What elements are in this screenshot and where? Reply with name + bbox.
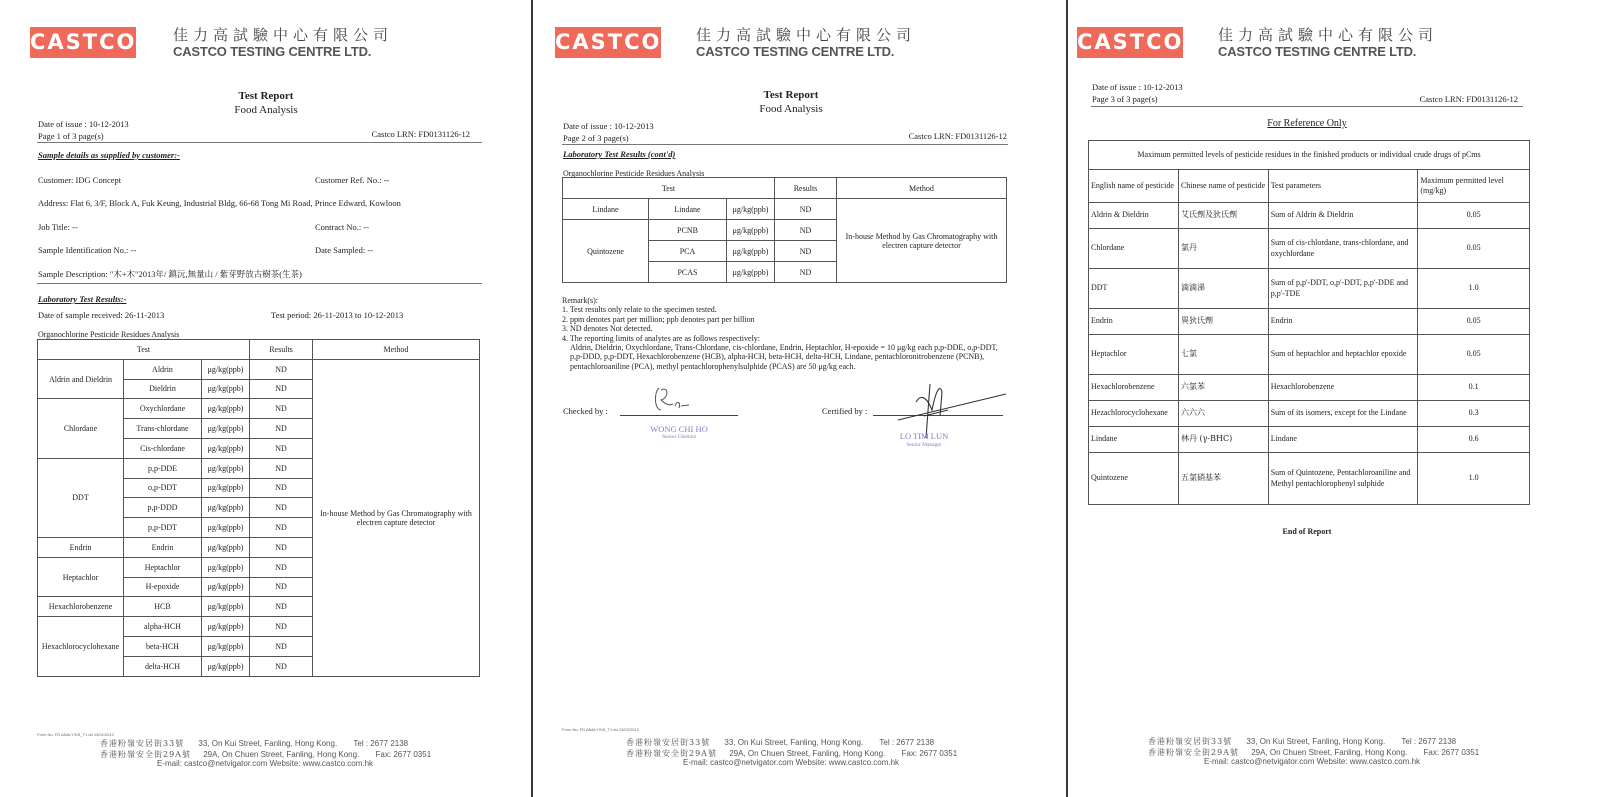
result-cell: ND (775, 241, 837, 262)
group-cell: Hexachlorobenzene (38, 597, 124, 617)
company-name-cn: 佳力高試驗中心有限公司 (1218, 24, 1438, 45)
result-cell: ND (775, 262, 837, 283)
address1-cn: 香港粉嶺安居街33號 (1148, 737, 1232, 746)
address1-en: 33, On Kui Street, Fanling, Hong Kong. (198, 739, 337, 748)
table-row: Quintozene五氯硝基苯Sum of Quintozene, Pentac… (1089, 453, 1530, 505)
analyte-cell: PCNB (649, 220, 727, 241)
table-row: Heptachlor七氯Sum of heptachlor and heptac… (1089, 335, 1530, 375)
address2-cn: 香港粉嶺安全街29A號 (1148, 748, 1239, 757)
lab-results-heading: Laboratory Test Results:- (38, 294, 126, 304)
address2-cn: 香港粉嶺安全街29A號 (100, 750, 191, 759)
reference-header: Test parameters (1268, 170, 1418, 203)
test-period-field: Test period: 26-11-2013 to 10-12-2013 (271, 310, 403, 320)
contact-line: E-mail: castco@netvigator.com Website: w… (683, 758, 899, 767)
group-cell: Chlordane (38, 399, 124, 458)
analyte-cell: HCB (124, 597, 202, 617)
checked-signature-icon (651, 384, 691, 414)
results-table-continued: Test Results Method LindaneLindaneμg/kg(… (562, 177, 1007, 283)
pesticide-cn: 六氯苯 (1178, 375, 1268, 401)
test-parameter: Sum of heptachlor and heptachlor epoxide (1268, 335, 1418, 375)
pesticide-cn: 氯丹 (1178, 229, 1268, 269)
result-cell: ND (250, 537, 313, 557)
unit-cell: μg/kg(ppb) (202, 636, 250, 656)
pesticide-cn: 五氯硝基苯 (1178, 453, 1268, 505)
result-cell: ND (250, 379, 313, 399)
pesticide-cn: 艾氏劑及狄氏劑 (1178, 203, 1268, 229)
unit-cell: μg/kg(ppb) (202, 399, 250, 419)
result-cell: ND (250, 617, 313, 637)
result-cell: ND (775, 199, 837, 220)
unit-cell: μg/kg(ppb) (202, 557, 250, 577)
end-of-report: End of Report (1041, 527, 1573, 536)
table-row: Lindane林丹 (γ-BHC)Lindane0.6 (1089, 427, 1530, 453)
unit-cell: μg/kg(ppb) (202, 537, 250, 557)
unit-cell: μg/kg(ppb) (202, 617, 250, 637)
pesticide-en: Chlordane (1089, 229, 1179, 269)
castco-lrn: Castco LRN: FD0131126-12 (372, 129, 470, 139)
result-cell: ND (775, 220, 837, 241)
company-name-cn: 佳力高試驗中心有限公司 (173, 24, 393, 45)
test-parameter: Endrin (1268, 309, 1418, 335)
max-level: 1.0 (1418, 269, 1530, 309)
date-of-issue-label: Date of issue : (563, 121, 612, 131)
analyte-cell: p,p-DDT (124, 518, 202, 538)
page-number: Page 1 of 3 page(s) (38, 130, 129, 142)
analyte-cell: Aldrin (124, 359, 202, 379)
test-parameter: Sum of cis-chlordane, trans-chlordane, a… (1268, 229, 1418, 269)
unit-cell: μg/kg(ppb) (202, 498, 250, 518)
test-parameter: Sum of its isomers, except for the Linda… (1268, 401, 1418, 427)
date-of-issue: 10-12-2013 (614, 121, 654, 131)
telephone: Tel : 2677 2138 (879, 738, 934, 747)
pesticide-cn: 滴滴涕 (1178, 269, 1268, 309)
reference-caption: Maximum permitted levels of pesticide re… (1089, 141, 1530, 170)
checked-signature-line (620, 415, 738, 416)
analyte-cell: o,p-DDT (124, 478, 202, 498)
remark-item: 2. ppm denotes part per million; ppb den… (562, 315, 1008, 324)
report-subtitle: Food Analysis (0, 104, 532, 116)
group-cell: Heptachlor (38, 557, 124, 597)
group-cell: Aldrin and Dieldrin (38, 359, 124, 399)
date-of-issue: 10-12-2013 (89, 119, 129, 129)
analyte-cell: H-epoxide (124, 577, 202, 597)
header-rule (1091, 106, 1523, 107)
test-parameter: Lindane (1268, 427, 1418, 453)
table-row: Endrin異狄氏劑Endrin0.05 (1089, 309, 1530, 335)
address-field: Address: Flat 6, 3/F, Block A, Fuk Keung… (38, 198, 401, 208)
unit-cell: μg/kg(ppb) (202, 597, 250, 617)
sample-details-heading: Sample details as supplied by customer:- (38, 150, 180, 160)
remarks-title: Remark(s): (562, 296, 1008, 305)
analyte-cell: p,p-DDD (124, 498, 202, 518)
date-of-issue-label: Date of issue : (38, 119, 87, 129)
analyte-cell: Heptachlor (124, 557, 202, 577)
certified-by-role: Senior Manager (889, 442, 959, 448)
report-title: Test Report (0, 90, 532, 102)
date-received-field: Date of sample received: 26-11-2013 (38, 310, 164, 320)
result-cell: ND (250, 518, 313, 538)
analyte-cell: Lindane (649, 199, 727, 220)
unit-cell: μg/kg(ppb) (202, 359, 250, 379)
table-row: Hezachlorocyclohexane六六六Sum of its isome… (1089, 401, 1530, 427)
result-cell: ND (250, 399, 313, 419)
certified-by-label: Certified by : (822, 406, 867, 416)
form-number: Form No. FD ANALYSIS_T1 dd 13/02/2012 (562, 727, 639, 732)
table-row: DDT滴滴涕Sum of p,p'-DDT, o,p'-DDT, p,p'-DD… (1089, 269, 1530, 309)
sample-rule (37, 283, 482, 284)
max-level: 0.05 (1418, 229, 1530, 269)
page-number: Page 3 of 3 page(s) (1092, 93, 1183, 105)
company-name-en: CASTCO TESTING CENTRE LTD. (696, 44, 894, 59)
remark-item: 4. The reporting limits of analytes are … (562, 334, 1008, 343)
analyte-cell: Dieldrin (124, 379, 202, 399)
castco-lrn: Castco LRN: FD0131126-12 (909, 131, 1007, 141)
reference-header: English name of pesticide (1089, 170, 1179, 203)
analysis-title: Organochlorine Pesticide Residues Analys… (38, 330, 179, 339)
fax: Fax: 2677 0351 (376, 750, 432, 759)
checked-by-label: Checked by : (563, 406, 608, 416)
castco-logo: CASTCO (1077, 27, 1183, 58)
fax: Fax: 2677 0351 (1424, 748, 1480, 757)
pesticide-en: Lindane (1089, 427, 1179, 453)
header-results: Results (250, 340, 313, 360)
pesticide-cn: 七氯 (1178, 335, 1268, 375)
pesticide-en: Hezachlorocyclohexane (1089, 401, 1179, 427)
address2-en: 29A, On Chuen Street, Fanling, Hong Kong… (1251, 748, 1407, 757)
form-number: Form No. FD ANALYSIS_T1 dd 13/02/2012 (37, 732, 114, 737)
table-row: LindaneLindaneμg/kg(ppb)NDIn-house Metho… (563, 199, 1007, 220)
max-level: 0.3 (1418, 401, 1530, 427)
pesticide-en: Hexachlorobenzene (1089, 375, 1179, 401)
address2-en: 29A, On Chuen Street, Fanling, Hong Kong… (203, 750, 359, 759)
analyte-cell: Endrin (124, 537, 202, 557)
result-cell: ND (250, 557, 313, 577)
header-method: Method (313, 340, 480, 360)
castco-lrn: Castco LRN: FD0131126-12 (1420, 94, 1518, 104)
telephone: Tel : 2677 2138 (353, 739, 408, 748)
castco-logo: CASTCO (555, 27, 661, 58)
header-rule (37, 142, 482, 143)
result-cell: ND (250, 458, 313, 478)
unit-cell: μg/kg(ppb) (202, 419, 250, 439)
contact-line: E-mail: castco@netvigator.com Website: w… (1204, 757, 1420, 766)
pesticide-en: Quintozene (1089, 453, 1179, 505)
address1-cn: 香港粉嶺安居街33號 (626, 738, 710, 747)
date-sampled-field: Date Sampled: -- (315, 245, 373, 255)
checked-by-role: Senior Chemist (623, 434, 735, 440)
issue-meta: Date of issue : 10-12-2013 Page 3 of 3 p… (1092, 81, 1183, 105)
sample-description-field: Sample Description: "木+木"2013年/ 鎮沅,無量山 /… (38, 268, 302, 280)
pesticide-cn: 六六六 (1178, 401, 1268, 427)
method-cell: In-house Method by Gas Chromatography wi… (313, 359, 480, 676)
analyte-cell: PCAS (649, 262, 727, 283)
analyte-cell: Oxychlordane (124, 399, 202, 419)
reference-title: For Reference Only (1041, 118, 1573, 129)
unit-cell: μg/kg(ppb) (202, 518, 250, 538)
group-cell: Hexachlorocyclohexane (38, 617, 124, 676)
result-cell: ND (250, 498, 313, 518)
fax: Fax: 2677 0351 (902, 749, 958, 758)
unit-cell: μg/kg(ppb) (202, 379, 250, 399)
table-row: Chlordane氯丹Sum of cis-chlordane, trans-c… (1089, 229, 1530, 269)
max-permitted-levels-table: Maximum permitted levels of pesticide re… (1088, 140, 1530, 505)
unit-cell: μg/kg(ppb) (202, 656, 250, 676)
unit-cell: μg/kg(ppb) (202, 577, 250, 597)
group-cell: Endrin (38, 537, 124, 557)
remark-item: 3. ND denotes Not detected. (562, 324, 1008, 333)
sample-id-field: Sample Identification No.: -- (38, 245, 136, 255)
test-parameter: Sum of p,p'-DDT, o,p'-DDT, p,p'-DDE and … (1268, 269, 1418, 309)
unit-cell: μg/kg(ppb) (202, 438, 250, 458)
pesticide-cn: 異狄氏劑 (1178, 309, 1268, 335)
castco-logo: CASTCO (30, 27, 136, 58)
result-cell: ND (250, 359, 313, 379)
max-level: 1.0 (1418, 453, 1530, 505)
results-table: Test Results Method Aldrin and DieldrinA… (37, 339, 480, 677)
company-name-en: CASTCO TESTING CENTRE LTD. (173, 44, 371, 59)
checked-by-name: WONG CHI HO (623, 424, 735, 434)
table-row: Hexachlorobenzene六氯苯Hexachlorobenzene0.1 (1089, 375, 1530, 401)
max-level: 0.05 (1418, 335, 1530, 375)
analyte-cell: Cis-chlordane (124, 438, 202, 458)
report-page-1: CASTCO 佳力高試驗中心有限公司 CASTCO TESTING CENTRE… (0, 0, 532, 797)
address2-en: 29A, On Chuen Street, Fanling, Hong Kong… (729, 749, 885, 758)
max-level: 0.05 (1418, 203, 1530, 229)
report-subtitle: Food Analysis (525, 103, 1057, 115)
pesticide-en: Heptachlor (1089, 335, 1179, 375)
contact-line: E-mail: castco@netvigator.com Website: w… (157, 759, 373, 768)
pesticide-en: Endrin (1089, 309, 1179, 335)
date-of-issue: 10-12-2013 (1143, 82, 1183, 92)
max-level: 0.1 (1418, 375, 1530, 401)
header-test: Test (38, 340, 250, 360)
report-title: Test Report (525, 89, 1057, 101)
unit-cell: μg/kg(ppb) (202, 458, 250, 478)
issue-meta: Date of issue : 10-12-2013 Page 1 of 3 p… (38, 118, 129, 142)
header-results: Results (775, 178, 837, 199)
address2-cn: 香港粉嶺安全街29A號 (626, 749, 717, 758)
pesticide-en: Aldrin & Dieldrin (1089, 203, 1179, 229)
page-number: Page 2 of 3 page(s) (563, 132, 654, 144)
pesticide-en: DDT (1089, 269, 1179, 309)
customer-field: Customer: IDG Concept (38, 175, 121, 185)
certified-by-name: LO TIM LUN (889, 431, 959, 441)
company-name-en: CASTCO TESTING CENTRE LTD. (1218, 44, 1416, 59)
analyte-cell: beta-HCH (124, 636, 202, 656)
unit-cell: μg/kg(ppb) (727, 241, 775, 262)
reference-header: Chinese name of pesticide (1178, 170, 1268, 203)
group-cell: Quintozene (563, 220, 649, 283)
result-cell: ND (250, 419, 313, 439)
method-cell: In-house Method by Gas Chromatography wi… (837, 199, 1007, 283)
max-level: 0.05 (1418, 309, 1530, 335)
report-page-2: CASTCO 佳力高試驗中心有限公司 CASTCO TESTING CENTRE… (533, 0, 1065, 797)
unit-cell: μg/kg(ppb) (727, 262, 775, 283)
analyte-cell: alpha-HCH (124, 617, 202, 637)
job-title-field: Job Title: -- (38, 222, 78, 232)
result-cell: ND (250, 478, 313, 498)
reporting-limits: Aldrin, Dieldrin, Oxychlordane, Trans-Ch… (562, 343, 1008, 371)
lab-results-cont-heading: Laboratory Test Results (cont'd) (563, 149, 675, 159)
contract-no-field: Contract No.: -- (315, 222, 369, 232)
header-method: Method (837, 178, 1007, 199)
result-cell: ND (250, 597, 313, 617)
remark-item: 1. Test results only relate to the speci… (562, 305, 1008, 314)
group-cell: Lindane (563, 199, 649, 220)
test-parameter: Sum of Quintozene, Pentachloroaniline an… (1268, 453, 1418, 505)
unit-cell: μg/kg(ppb) (727, 199, 775, 220)
max-level: 0.6 (1418, 427, 1530, 453)
customer-ref-field: Customer Ref. No.: -- (315, 175, 389, 185)
analyte-cell: Trans-chlordane (124, 419, 202, 439)
pesticide-cn: 林丹 (γ-BHC) (1178, 427, 1268, 453)
result-cell: ND (250, 438, 313, 458)
unit-cell: μg/kg(ppb) (727, 220, 775, 241)
result-cell: ND (250, 577, 313, 597)
result-cell: ND (250, 656, 313, 676)
group-cell: DDT (38, 458, 124, 537)
telephone: Tel : 2677 2138 (1401, 737, 1456, 746)
date-of-issue-label: Date of issue : (1092, 82, 1141, 92)
remarks-section: Remark(s): 1. Test results only relate t… (562, 296, 1008, 371)
analyte-cell: PCA (649, 241, 727, 262)
issue-meta: Date of issue : 10-12-2013 Page 2 of 3 p… (563, 120, 654, 144)
test-parameter: Hexachlorobenzene (1268, 375, 1418, 401)
analyte-cell: p,p-DDE (124, 458, 202, 478)
address1-en: 33, On Kui Street, Fanling, Hong Kong. (1246, 737, 1385, 746)
address1-en: 33, On Kui Street, Fanling, Hong Kong. (724, 738, 863, 747)
company-name-cn: 佳力高試驗中心有限公司 (696, 24, 916, 45)
reference-header: Maximum permitted level (mg/kg) (1418, 170, 1530, 203)
header-rule (562, 144, 1008, 145)
table-row: Aldrin & Dieldrin艾氏劑及狄氏劑Sum of Aldrin & … (1089, 203, 1530, 229)
header-test: Test (563, 178, 775, 199)
result-cell: ND (250, 636, 313, 656)
unit-cell: μg/kg(ppb) (202, 478, 250, 498)
address1-cn: 香港粉嶺安居街33號 (100, 739, 184, 748)
test-parameter: Sum of Aldrin & Dieldrin (1268, 203, 1418, 229)
table-row: Aldrin and DieldrinAldrinμg/kg(ppb)NDIn-… (38, 359, 480, 379)
analyte-cell: delta-HCH (124, 656, 202, 676)
